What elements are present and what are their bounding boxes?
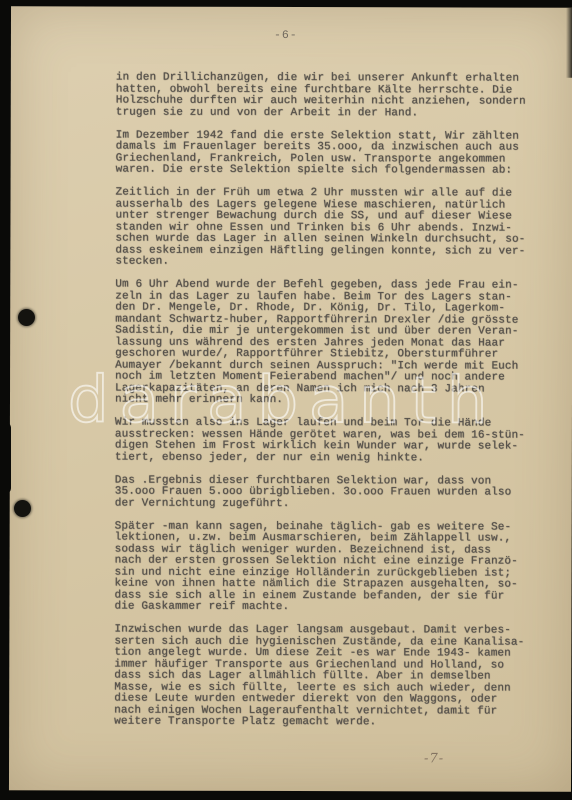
paper-edge-shadow: [566, 8, 572, 78]
handwritten-page-number: -7-: [424, 751, 444, 766]
hole-punch-top: [18, 309, 35, 326]
paragraph-7: Später -man kann sagen, beinahe täglich-…: [114, 521, 534, 614]
paper-edge-irregularity: [0, 422, 11, 494]
scan-background: -6- in den Drillichanzügen, die wir bei …: [0, 0, 572, 800]
paper: -6- in den Drillichanzügen, die wir bei …: [9, 6, 572, 791]
paragraph-5: Wir mussten also ins Lager laufen und be…: [115, 418, 535, 465]
paragraph-2: Im Dezember 1942 fand die erste Selektio…: [116, 130, 536, 177]
paragraph-6: Das .Ergebnis dieser furchtbaren Selekti…: [115, 475, 535, 511]
page-number-top: -6-: [274, 29, 298, 42]
paragraph-4: Um 6 Uhr Abend wurde der Befehl gegeben,…: [115, 280, 535, 408]
paragraph-1: in den Drillichanzügen, die wir bei unse…: [116, 73, 536, 120]
hole-punch-bottom: [14, 500, 31, 517]
paper-speck: [141, 97, 144, 100]
paragraph-3: Zeitlich in der Früh um etwa 2 Uhr musst…: [115, 188, 535, 270]
typewritten-text: in den Drillichanzügen, die wir bei unse…: [114, 73, 536, 741]
paragraph-8: Inzwischen wurde das Lager langsam ausge…: [114, 625, 534, 730]
